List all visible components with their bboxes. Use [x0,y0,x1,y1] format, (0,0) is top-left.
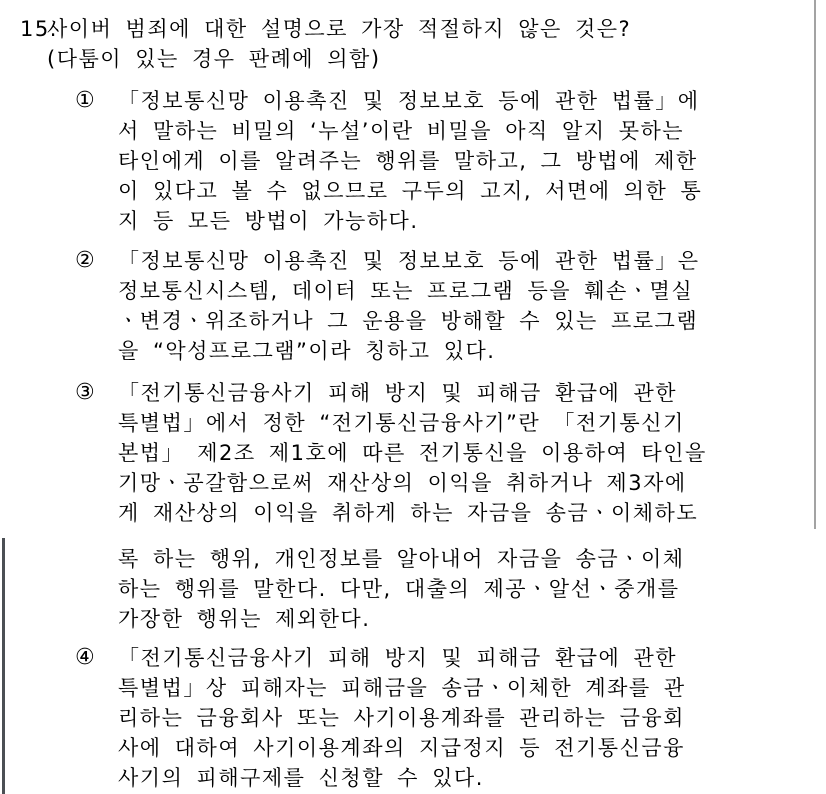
left-column-section: 15. 사이버 범죄에 대한 설명으로 가장 적절하지 않은 것은? (다툼이 … [0,0,826,528]
option-1-marker: ① [75,86,118,236]
option-3-text: 「전기통신금융사기 피해 방지 및 피해금 환급에 관한 특별법」에서 정한 “… [118,378,707,528]
question-text: 사이버 범죄에 대한 설명으로 가장 적절하지 않은 것은? (다툼이 있는 경… [47,14,631,74]
option-text-line: 리하는 금융회사 또는 사기이용계좌를 관리하는 금융회 [118,703,686,733]
option-text-line: 사기의 피해구제를 신청할 수 있다. [118,763,686,793]
question-text-line: 사이버 범죄에 대한 설명으로 가장 적절하지 않은 것은? [47,14,631,44]
option-text-line: 정보통신시스템, 데이터 또는 프로그램 등을 훼손ㆍ멸실 [118,276,700,306]
option-text-line: 을 “악성프로그램”이라 칭하고 있다. [118,336,700,366]
option-1: ① 「정보통신망 이용촉진 및 정보보호 등에 관한 법률」에 서 말하는 비밀… [75,86,826,236]
option-text-line: 록 하는 행위, 개인정보를 알아내어 자금을 송금ㆍ이체 [118,544,685,574]
option-4-marker: ④ [75,643,118,793]
option-2-marker: ② [75,246,118,366]
option-text-line: 가장한 행위는 제외한다. [118,604,685,634]
option-3-continuation-text: 록 하는 행위, 개인정보를 알아내어 자금을 송금ㆍ이체 하는 행위를 말한다… [118,544,685,634]
option-2-text: 「정보통신망 이용촉진 및 정보보호 등에 관한 법률」은 정보통신시스템, 데… [118,246,700,366]
question-block: 15. 사이버 범죄에 대한 설명으로 가장 적절하지 않은 것은? (다툼이 … [20,14,826,74]
column-divider-left [2,538,5,794]
option-3-continuation: 록 하는 행위, 개인정보를 알아내어 자금을 송금ㆍ이체 하는 행위를 말한다… [75,544,826,634]
option-text-line: 특별법」에서 정한 “전기통신금융사기”란 「전기통신기 [118,408,707,438]
option-text-line: 「정보통신망 이용촉진 및 정보보호 등에 관한 법률」은 [118,246,700,276]
option-text-line: 하는 행위를 말한다. 다만, 대출의 제공ㆍ알선ㆍ중개를 [118,574,685,604]
option-text-line: 게 재산상의 이익을 취하게 하는 자금을 송금ㆍ이체하도 [118,498,707,528]
option-text-line: 지 등 모든 방법이 가능하다. [118,206,702,236]
option-text-line: 본법」 제2조 제1호에 따른 전기통신을 이용하여 타인을 [118,438,707,468]
option-text-line: 「전기통신금융사기 피해 방지 및 피해금 환급에 관한 [118,378,707,408]
option-3-continuation-indent [75,544,118,634]
option-1-text: 「정보통신망 이용촉진 및 정보보호 등에 관한 법률」에 서 말하는 비밀의 … [118,86,702,236]
option-text-line: 타인에게 이를 알려주는 행위를 말하고, 그 방법에 제한 [118,146,702,176]
option-3-marker: ③ [75,378,118,528]
option-text-line: 특별법」상 피해자는 피해금을 송금ㆍ이체한 계좌를 관 [118,673,686,703]
option-2: ② 「정보통신망 이용촉진 및 정보보호 등에 관한 법률」은 정보통신시스템,… [75,246,826,366]
question-text-line: (다툼이 있는 경우 판례에 의함) [47,44,631,74]
column-divider-right [814,0,816,529]
option-text-line: 서 말하는 비밀의 ‘누설’이란 비밀을 아직 알지 못하는 [118,116,702,146]
option-text-line: 사에 대하여 사기이용계좌의 지급정지 등 전기통신금융 [118,733,686,763]
option-text-line: 기망ㆍ공갈함으로써 재산상의 이익을 취하거나 제3자에 [118,468,707,498]
question-number: 15. [20,14,47,74]
option-3: ③ 「전기통신금융사기 피해 방지 및 피해금 환급에 관한 특별법」에서 정한… [75,378,826,528]
option-4-text: 「전기통신금융사기 피해 방지 및 피해금 환급에 관한 특별법」상 피해자는 … [118,643,686,793]
option-text-line: 「정보통신망 이용촉진 및 정보보호 등에 관한 법률」에 [118,86,702,116]
option-text-line: 이 있다고 볼 수 없으므로 구두의 고지, 서면에 의한 통 [118,176,702,206]
option-text-line: 「전기통신금융사기 피해 방지 및 피해금 환급에 관한 [118,643,686,673]
option-4: ④ 「전기통신금융사기 피해 방지 및 피해금 환급에 관한 특별법」상 피해자… [75,643,826,793]
option-text-line: ㆍ변경ㆍ위조하거나 그 운용을 방해할 수 있는 프로그램 [118,306,700,336]
right-column-section: 록 하는 행위, 개인정보를 알아내어 자금을 송금ㆍ이체 하는 행위를 말한다… [0,544,826,793]
exam-page: 15. 사이버 범죄에 대한 설명으로 가장 적절하지 않은 것은? (다툼이 … [0,0,826,794]
